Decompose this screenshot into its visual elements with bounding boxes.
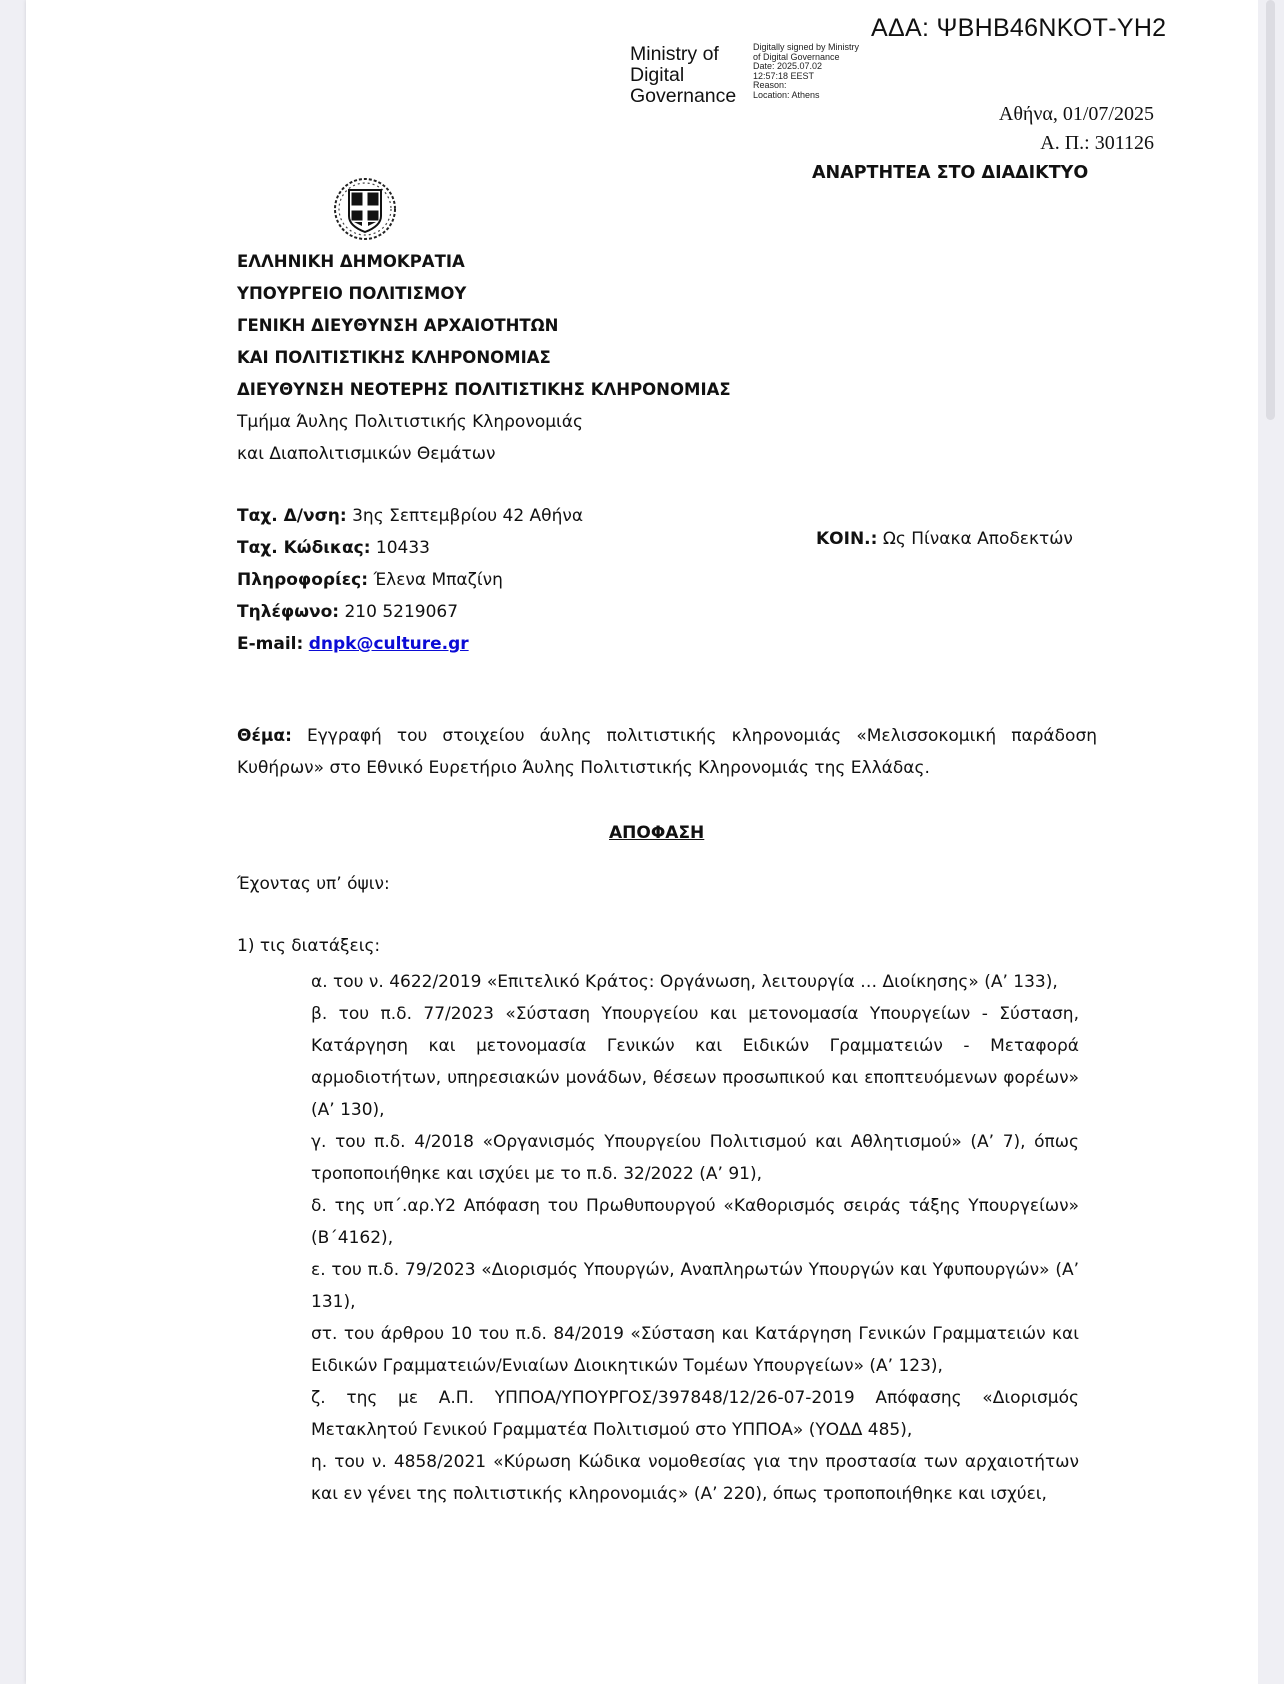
document-page: ΑΔΑ: ΨΒΗΒ46ΝΚΟΤ-ΥΗ2 Ministry of Digital … xyxy=(26,0,1258,1684)
email-link[interactable]: dnpk@culture.gr xyxy=(309,634,469,654)
decision-title: ΑΠΟΦΑΣΗ xyxy=(609,823,704,843)
signature-detail-line: Location: Athens xyxy=(753,91,859,101)
org-line: ΥΠΟΥΡΓΕΙΟ ΠΟΛΙΤΙΣΜΟΥ xyxy=(237,278,731,310)
signer-line: Ministry of xyxy=(630,44,736,65)
contact-block: Ταχ. Δ/νση: 3ης Σεπτεμβρίου 42 Αθήνα Ταχ… xyxy=(237,500,583,660)
postal-code-label: Ταχ. Κώδικας: xyxy=(237,538,371,558)
postal-code-value: 10433 xyxy=(376,538,430,558)
phone-value: 210 5219067 xyxy=(344,602,458,622)
signer-line: Governance xyxy=(630,86,736,107)
address-label: Ταχ. Δ/νση: xyxy=(237,506,347,526)
provision-item: η. του ν. 4858/2021 «Κύρωση Κώδικα νομοθ… xyxy=(311,1446,1079,1510)
provision-item: ζ. της με Α.Π. ΥΠΠΟΑ/ΥΠΟΥΡΓΟΣ/397848/12/… xyxy=(311,1382,1079,1446)
phone-label: Τηλέφωνο: xyxy=(237,602,339,622)
signer-line: Digital xyxy=(630,65,736,86)
org-line: ΔΙΕΥΘΥΝΣΗ ΝΕΟΤΕΡΗΣ ΠΟΛΙΤΙΣΤΙΚΗΣ ΚΛΗΡΟΝΟΜ… xyxy=(237,374,731,406)
provision-item: δ. της υπ΄.αρ.Υ2 Απόφαση του Πρωθυπουργο… xyxy=(311,1190,1079,1254)
provisions-list: α. του ν. 4622/2019 «Επιτελικό Κράτος: Ο… xyxy=(311,966,1079,1510)
org-line: ΓΕΝΙΚΗ ΔΙΕΥΘΥΝΣΗ ΑΡΧΑΙΟΤΗΤΩΝ xyxy=(237,310,731,342)
scrollbar-thumb[interactable] xyxy=(1266,0,1275,420)
provision-item: β. του π.δ. 77/2023 «Σύσταση Υπουργείου … xyxy=(311,998,1079,1126)
org-line: ΕΛΛΗΝΙΚΗ ΔΗΜΟΚΡΑΤΙΑ xyxy=(237,246,731,278)
document-date: Αθήνα, 01/07/2025 xyxy=(999,100,1154,129)
subject-label: Θέμα: xyxy=(237,726,292,746)
address-value: 3ης Σεπτεμβρίου 42 Αθήνα xyxy=(352,506,583,526)
info-label: Πληροφορίες: xyxy=(237,570,368,590)
email-row: E-mail: dnpk@culture.gr xyxy=(237,628,583,660)
provisions-heading: 1) τις διατάξεις: xyxy=(237,936,380,956)
protocol-number: Α. Π.: 301126 xyxy=(999,129,1154,158)
provision-item: ε. του π.δ. 79/2023 «Διορισμός Υπουργών,… xyxy=(311,1254,1079,1318)
koin-label: ΚΟΙΝ.: xyxy=(816,529,877,549)
digital-signature-details: Digitally signed by Ministry of Digital … xyxy=(753,43,859,100)
organization-block: ΕΛΛΗΝΙΚΗ ΔΗΜΟΚΡΑΤΙΑ ΥΠΟΥΡΓΕΙΟ ΠΟΛΙΤΙΣΜΟΥ… xyxy=(237,246,731,470)
subject-block: Θέμα: Εγγραφή του στοιχείου άυλης πολιτι… xyxy=(237,720,1097,784)
having-regard: Έχοντας υπ’ όψιν: xyxy=(237,874,390,894)
digital-signature-signer: Ministry of Digital Governance xyxy=(630,44,736,107)
ada-code: ΑΔΑ: ΨΒΗΒ46ΝΚΟΤ-ΥΗ2 xyxy=(871,14,1166,43)
info-value: Έλενα Μπαζίνη xyxy=(373,570,502,590)
subject-text: Εγγραφή του στοιχείου άυλης πολιτιστικής… xyxy=(237,726,1097,778)
date-protocol-block: Αθήνα, 01/07/2025 Α. Π.: 301126 xyxy=(999,100,1154,158)
provision-item: στ. του άρθρου 10 του π.δ. 84/2019 «Σύστ… xyxy=(311,1318,1079,1382)
provision-item: γ. του π.δ. 4/2018 «Οργανισμός Υπουργείο… xyxy=(311,1126,1079,1190)
department-line: και Διαπολιτισμικών Θεμάτων xyxy=(237,438,731,470)
info-row: Πληροφορίες: Έλενα Μπαζίνη xyxy=(237,564,583,596)
department-line: Τμήμα Άυλης Πολιτιστικής Κληρονομιάς xyxy=(237,406,731,438)
postal-code-row: Ταχ. Κώδικας: 10433 xyxy=(237,532,583,564)
greek-coat-of-arms-icon xyxy=(332,176,398,242)
provision-item: α. του ν. 4622/2019 «Επιτελικό Κράτος: Ο… xyxy=(311,966,1079,998)
org-line: ΚΑΙ ΠΟΛΙΤΙΣΤΙΚΗΣ ΚΛΗΡΟΝΟΜΙΑΣ xyxy=(237,342,731,374)
phone-row: Τηλέφωνο: 210 5219067 xyxy=(237,596,583,628)
post-online-notice: ΑΝΑΡΤΗΤΕΑ ΣΤΟ ΔΙΑΔΙΚΤΥΟ xyxy=(812,163,1088,183)
koin-value: Ως Πίνακα Αποδεκτών xyxy=(883,529,1073,549)
email-label: E-mail: xyxy=(237,634,303,654)
koin-recipients: ΚΟΙΝ.: Ως Πίνακα Αποδεκτών xyxy=(816,529,1073,549)
address-row: Ταχ. Δ/νση: 3ης Σεπτεμβρίου 42 Αθήνα xyxy=(237,500,583,532)
